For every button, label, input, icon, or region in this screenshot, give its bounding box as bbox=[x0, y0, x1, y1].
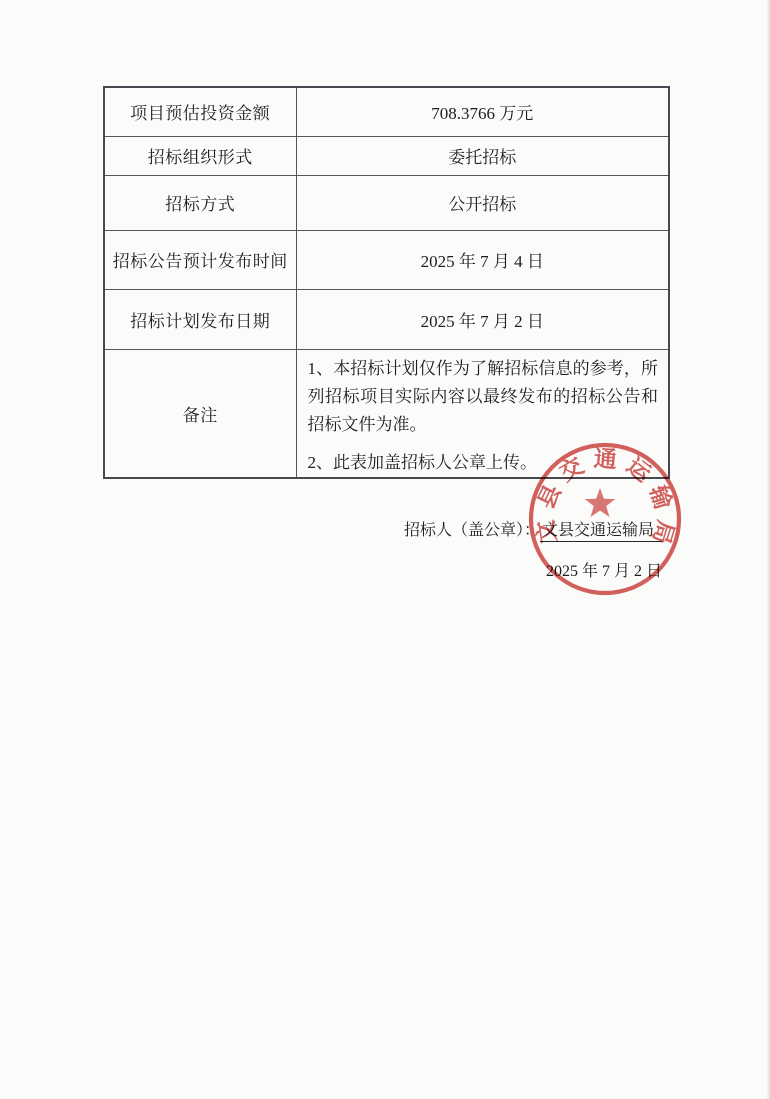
row-label: 招标组织形式 bbox=[104, 136, 296, 175]
row-value: 公开招标 bbox=[296, 175, 669, 230]
signature-line: 招标人（盖公章）：文县交通运输局 bbox=[404, 517, 662, 540]
row-value: 2025 年 7 月 4 日 bbox=[296, 230, 669, 289]
table-row-tender-method: 招标方式 公开招标 bbox=[104, 175, 669, 230]
signature-label: 招标人（盖公章）： bbox=[404, 522, 540, 539]
star-icon bbox=[585, 488, 615, 517]
row-value: 2025 年 7 月 2 日 bbox=[296, 289, 669, 349]
scan-edge-artifact bbox=[766, 0, 770, 1099]
row-value: 708.3766 万元 bbox=[296, 87, 669, 136]
row-label: 招标公告预计发布时间 bbox=[104, 230, 296, 289]
remarks-cell: 1、本招标计划仅作为了解招标信息的参考，所列招标项目实际内容以最终发布的招标公告… bbox=[296, 349, 669, 478]
row-label: 招标方式 bbox=[104, 175, 296, 230]
table-row-announcement-date: 招标公告预计发布时间 2025 年 7 月 4 日 bbox=[104, 230, 669, 289]
scanned-document-page: { "table": { "rows": [ { "label": "项目预估投… bbox=[0, 0, 770, 1099]
remark-item: 2、此表加盖招标人公章上传。 bbox=[308, 449, 659, 477]
signer-name: 文县交通运输局 bbox=[540, 522, 662, 542]
row-label: 备注 bbox=[104, 349, 296, 478]
tender-plan-table: 项目预估投资金额 708.3766 万元 招标组织形式 委托招标 招标方式 公开… bbox=[103, 86, 670, 479]
table-row-remarks: 备注 1、本招标计划仅作为了解招标信息的参考，所列招标项目实际内容以最终发布的招… bbox=[104, 349, 669, 478]
row-value: 委托招标 bbox=[296, 136, 669, 175]
row-label: 招标计划发布日期 bbox=[104, 289, 296, 349]
table-row-investment: 项目预估投资金额 708.3766 万元 bbox=[104, 87, 669, 136]
table-row-plan-publish-date: 招标计划发布日期 2025 年 7 月 2 日 bbox=[104, 289, 669, 349]
table-row-organization-form: 招标组织形式 委托招标 bbox=[104, 136, 669, 175]
remark-item: 1、本招标计划仅作为了解招标信息的参考，所列招标项目实际内容以最终发布的招标公告… bbox=[308, 355, 659, 439]
row-label: 项目预估投资金额 bbox=[104, 87, 296, 136]
signature-date: 2025 年 7 月 2 日 bbox=[546, 558, 662, 581]
